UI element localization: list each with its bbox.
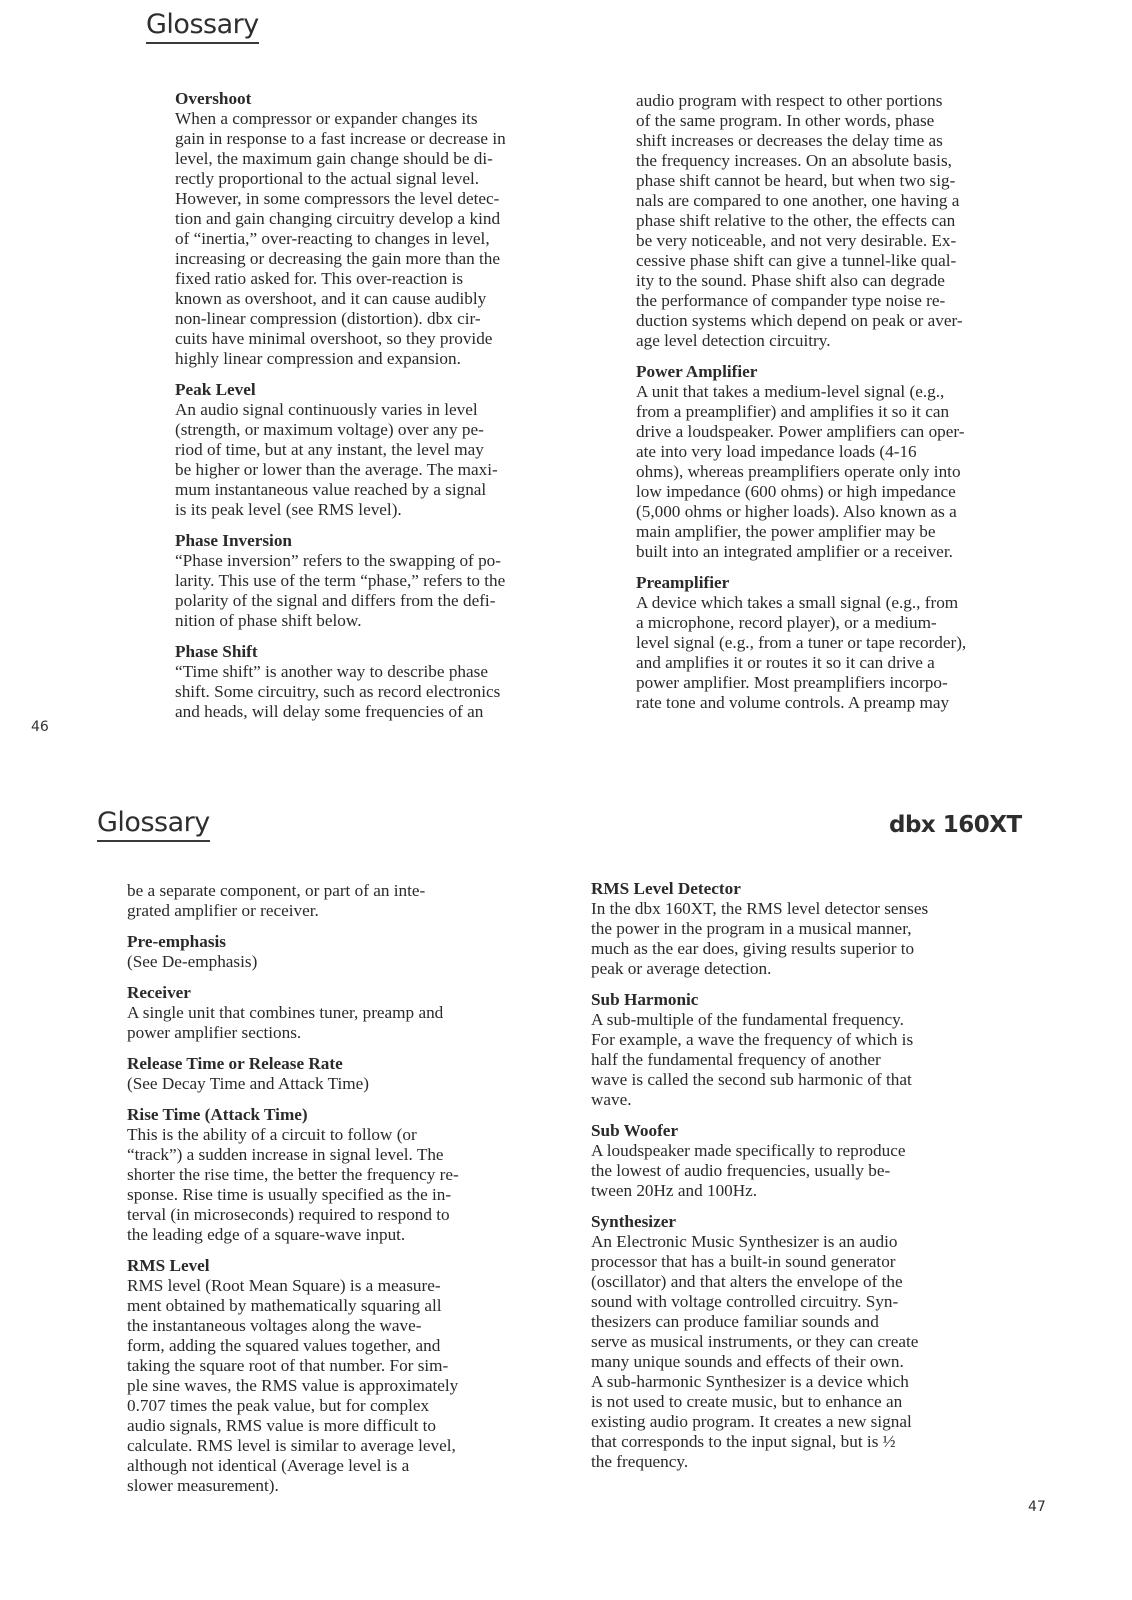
glossary-definition-line: from a preamplifier) and amplifies it so… [636,402,1056,422]
glossary-definition-line: (See Decay Time and Attack Time) [127,1074,557,1094]
glossary-term: Phase Inversion [175,531,595,551]
glossary-definition-line: the frequency. [591,1452,1021,1472]
glossary-entry: RMS Level DetectorIn the dbx 160XT, the … [591,879,1021,979]
glossary-term: Phase Shift [175,642,595,662]
glossary-definition-line: sponse. Rise time is usually specified a… [127,1185,557,1205]
glossary-term: Pre-emphasis [127,932,557,952]
glossary-definition-line: known as overshoot, and it can cause aud… [175,289,595,309]
glossary-definition-line: half the fundamental frequency of anothe… [591,1050,1021,1070]
glossary-definition-line: (strength, or maximum voltage) over any … [175,420,595,440]
glossary-definition-line: wave. [591,1090,1021,1110]
glossary-definition-line: gain in response to a fast increase or d… [175,129,595,149]
glossary-definition-line: nition of phase shift below. [175,611,595,631]
glossary-entry: Sub WooferA loudspeaker made specificall… [591,1121,1021,1201]
glossary-entry: ReceiverA single unit that combines tune… [127,983,557,1043]
glossary-definition-line: peak or average detection. [591,959,1021,979]
glossary-definition-line: When a compressor or expander changes it… [175,109,595,129]
glossary-definition-line: sound with voltage controlled circuitry.… [591,1292,1021,1312]
glossary-definition-line: form, adding the squared values together… [127,1336,557,1356]
glossary-definition-line: calculate. RMS level is similar to avera… [127,1436,557,1456]
glossary-entry: be a separate component, or part of an i… [127,881,557,921]
glossary-definition-line: and amplifies it or routes it so it can … [636,653,1056,673]
glossary-term: Rise Time (Attack Time) [127,1105,557,1125]
glossary-definition-line: rectly proportional to the actual signal… [175,169,595,189]
glossary-entry: Pre-emphasis(See De-emphasis) [127,932,557,972]
glossary-definition-line: larity. This use of the term “phase,” re… [175,571,595,591]
glossary-term: Sub Woofer [591,1121,1021,1141]
glossary-definition-line: (See De-emphasis) [127,952,557,972]
glossary-definition-line: shorter the rise time, the better the fr… [127,1165,557,1185]
glossary-definition-line: audio program with respect to other port… [636,91,1056,111]
glossary-entry: Sub HarmonicA sub-multiple of the fundam… [591,990,1021,1110]
glossary-term: Receiver [127,983,557,1003]
glossary-definition-line: 0.707 times the peak value, but for comp… [127,1396,557,1416]
glossary-entry: RMS LevelRMS level (Root Mean Square) is… [127,1256,557,1496]
glossary-definition-line: power amplifier. Most preamplifiers inco… [636,673,1056,693]
glossary-definition-line: (oscillator) and that alters the envelop… [591,1272,1021,1292]
glossary-definition-line: audio signals, RMS value is more difficu… [127,1416,557,1436]
glossary-definition-line: tween 20Hz and 100Hz. [591,1181,1021,1201]
page-number-top: 46 [31,719,49,735]
glossary-definition-line: existing audio program. It creates a new… [591,1412,1021,1432]
glossary-definition-line: A sub-multiple of the fundamental freque… [591,1010,1021,1030]
glossary-definition-line: An audio signal continuously varies in l… [175,400,595,420]
glossary-definition-line: A loudspeaker made specifically to repro… [591,1141,1021,1161]
glossary-definition-line: ohms), whereas preamplifiers operate onl… [636,462,1056,482]
glossary-definition-line: slower measurement). [127,1476,557,1496]
glossary-term: Peak Level [175,380,595,400]
glossary-term: Sub Harmonic [591,990,1021,1010]
glossary-definition-line: polarity of the signal and differs from … [175,591,595,611]
glossary-definition-line: wave is called the second sub harmonic o… [591,1070,1021,1090]
glossary-definition-line: processor that has a built-in sound gene… [591,1252,1021,1272]
glossary-column-top-right: audio program with respect to other port… [636,91,1056,724]
glossary-definition-line: that corresponds to the input signal, bu… [591,1432,1021,1452]
page-title-top: Glossary [146,8,259,44]
glossary-definition-line: power amplifier sections. [127,1023,557,1043]
glossary-term: Synthesizer [591,1212,1021,1232]
glossary-definition-line: non-linear compression (distortion). dbx… [175,309,595,329]
glossary-entry: Rise Time (Attack Time)This is the abili… [127,1105,557,1245]
glossary-definition-line: shift. Some circuitry, such as record el… [175,682,595,702]
glossary-term: RMS Level [127,1256,557,1276]
glossary-definition-line: ment obtained by mathematically squaring… [127,1296,557,1316]
glossary-entry: Peak LevelAn audio signal continuously v… [175,380,595,520]
glossary-definition-line: of the same program. In other words, pha… [636,111,1056,131]
glossary-term: Power Amplifier [636,362,1056,382]
glossary-definition-line: riod of time, but at any instant, the le… [175,440,595,460]
glossary-entry: Phase Shift“Time shift” is another way t… [175,642,595,722]
glossary-definition-line: tion and gain changing circuitry develop… [175,209,595,229]
glossary-entry: Power AmplifierA unit that takes a mediu… [636,362,1056,562]
glossary-definition-line: shift increases or decreases the delay t… [636,131,1056,151]
glossary-definition-line: A single unit that combines tuner, pream… [127,1003,557,1023]
glossary-definition-line: An Electronic Music Synthesizer is an au… [591,1232,1021,1252]
glossary-definition-line: (5,000 ohms or higher loads). Also known… [636,502,1056,522]
glossary-definition-line: serve as musical instruments, or they ca… [591,1332,1021,1352]
page-number-bottom: 47 [1028,1499,1046,1515]
glossary-entry: SynthesizerAn Electronic Music Synthesiz… [591,1212,1021,1472]
glossary-definition-line: “Time shift” is another way to describe … [175,662,595,682]
glossary-definition-line: increasing or decreasing the gain more t… [175,249,595,269]
glossary-definition-line: This is the ability of a circuit to foll… [127,1125,557,1145]
glossary-definition-line: much as the ear does, giving results sup… [591,939,1021,959]
glossary-definition-line: RMS level (Root Mean Square) is a measur… [127,1276,557,1296]
glossary-definition-line: level signal (e.g., from a tuner or tape… [636,633,1056,653]
page-title-bottom: Glossary [97,806,210,842]
glossary-definition-line: age level detection circuitry. [636,331,1056,351]
glossary-definition-line: the leading edge of a square-wave input. [127,1225,557,1245]
glossary-entry: Release Time or Release Rate(See Decay T… [127,1054,557,1094]
glossary-definition-line: ate into very load impedance loads (4-16 [636,442,1056,462]
glossary-term: RMS Level Detector [591,879,1021,899]
glossary-term: Overshoot [175,89,595,109]
product-name: dbx 160XT [889,812,1022,838]
glossary-definition-line: mum instantaneous value reached by a sig… [175,480,595,500]
glossary-definition-line: grated amplifier or receiver. [127,901,557,921]
glossary-definition-line: be higher or lower than the average. The… [175,460,595,480]
glossary-definition-line: the power in the program in a musical ma… [591,919,1021,939]
glossary-definition-line: ity to the sound. Phase shift also can d… [636,271,1056,291]
glossary-definition-line: For example, a wave the frequency of whi… [591,1030,1021,1050]
glossary-definition-line: rate tone and volume controls. A preamp … [636,693,1056,713]
glossary-definition-line: the performance of compander type noise … [636,291,1056,311]
glossary-definition-line: However, in some compressors the level d… [175,189,595,209]
glossary-entry: audio program with respect to other port… [636,91,1056,351]
glossary-definition-line: built into an integrated amplifier or a … [636,542,1056,562]
glossary-definition-line: many unique sounds and effects of their … [591,1352,1021,1372]
glossary-definition-line: “track”) a sudden increase in signal lev… [127,1145,557,1165]
glossary-definition-line: the frequency increases. On an absolute … [636,151,1056,171]
glossary-definition-line: low impedance (600 ohms) or high impedan… [636,482,1056,502]
glossary-entry: OvershootWhen a compressor or expander c… [175,89,595,369]
glossary-entry: PreamplifierA device which takes a small… [636,573,1056,713]
glossary-definition-line: thesizers can produce familiar sounds an… [591,1312,1021,1332]
glossary-definition-line: terval (in microseconds) required to res… [127,1205,557,1225]
glossary-definition-line: is its peak level (see RMS level). [175,500,595,520]
glossary-definition-line: is not used to create music, but to enha… [591,1392,1021,1412]
glossary-definition-line: In the dbx 160XT, the RMS level detector… [591,899,1021,919]
glossary-definition-line: a microphone, record player), or a mediu… [636,613,1056,633]
glossary-definition-line: be a separate component, or part of an i… [127,881,557,901]
glossary-definition-line: highly linear compression and expansion. [175,349,595,369]
glossary-definition-line: “Phase inversion” refers to the swapping… [175,551,595,571]
glossary-definition-line: cuits have minimal overshoot, so they pr… [175,329,595,349]
glossary-definition-line: level, the maximum gain change should be… [175,149,595,169]
glossary-definition-line: A device which takes a small signal (e.g… [636,593,1056,613]
glossary-definition-line: phase shift relative to the other, the e… [636,211,1056,231]
glossary-definition-line: phase shift cannot be heard, but when tw… [636,171,1056,191]
glossary-definition-line: of “inertia,” over-reacting to changes i… [175,229,595,249]
glossary-definition-line: ple sine waves, the RMS value is approxi… [127,1376,557,1396]
glossary-column-top-left: OvershootWhen a compressor or expander c… [175,89,595,733]
glossary-column-bottom-left: be a separate component, or part of an i… [127,881,557,1507]
glossary-definition-line: although not identical (Average level is… [127,1456,557,1476]
glossary-definition-line: and heads, will delay some frequencies o… [175,702,595,722]
glossary-definition-line: drive a loudspeaker. Power amplifiers ca… [636,422,1056,442]
glossary-definition-line: main amplifier, the power amplifier may … [636,522,1056,542]
glossary-definition-line: A sub-harmonic Synthesizer is a device w… [591,1372,1021,1392]
glossary-column-bottom-right: RMS Level DetectorIn the dbx 160XT, the … [591,879,1021,1483]
glossary-definition-line: the instantaneous voltages along the wav… [127,1316,557,1336]
glossary-definition-line: duction systems which depend on peak or … [636,311,1056,331]
glossary-definition-line: be very noticeable, and not very desirab… [636,231,1056,251]
glossary-definition-line: fixed ratio asked for. This over-reactio… [175,269,595,289]
glossary-definition-line: nals are compared to one another, one ha… [636,191,1056,211]
glossary-definition-line: the lowest of audio frequencies, usually… [591,1161,1021,1181]
glossary-definition-line: A unit that takes a medium-level signal … [636,382,1056,402]
glossary-term: Release Time or Release Rate [127,1054,557,1074]
glossary-entry: Phase Inversion“Phase inversion” refers … [175,531,595,631]
glossary-definition-line: taking the square root of that number. F… [127,1356,557,1376]
glossary-definition-line: cessive phase shift can give a tunnel-li… [636,251,1056,271]
glossary-term: Preamplifier [636,573,1056,593]
